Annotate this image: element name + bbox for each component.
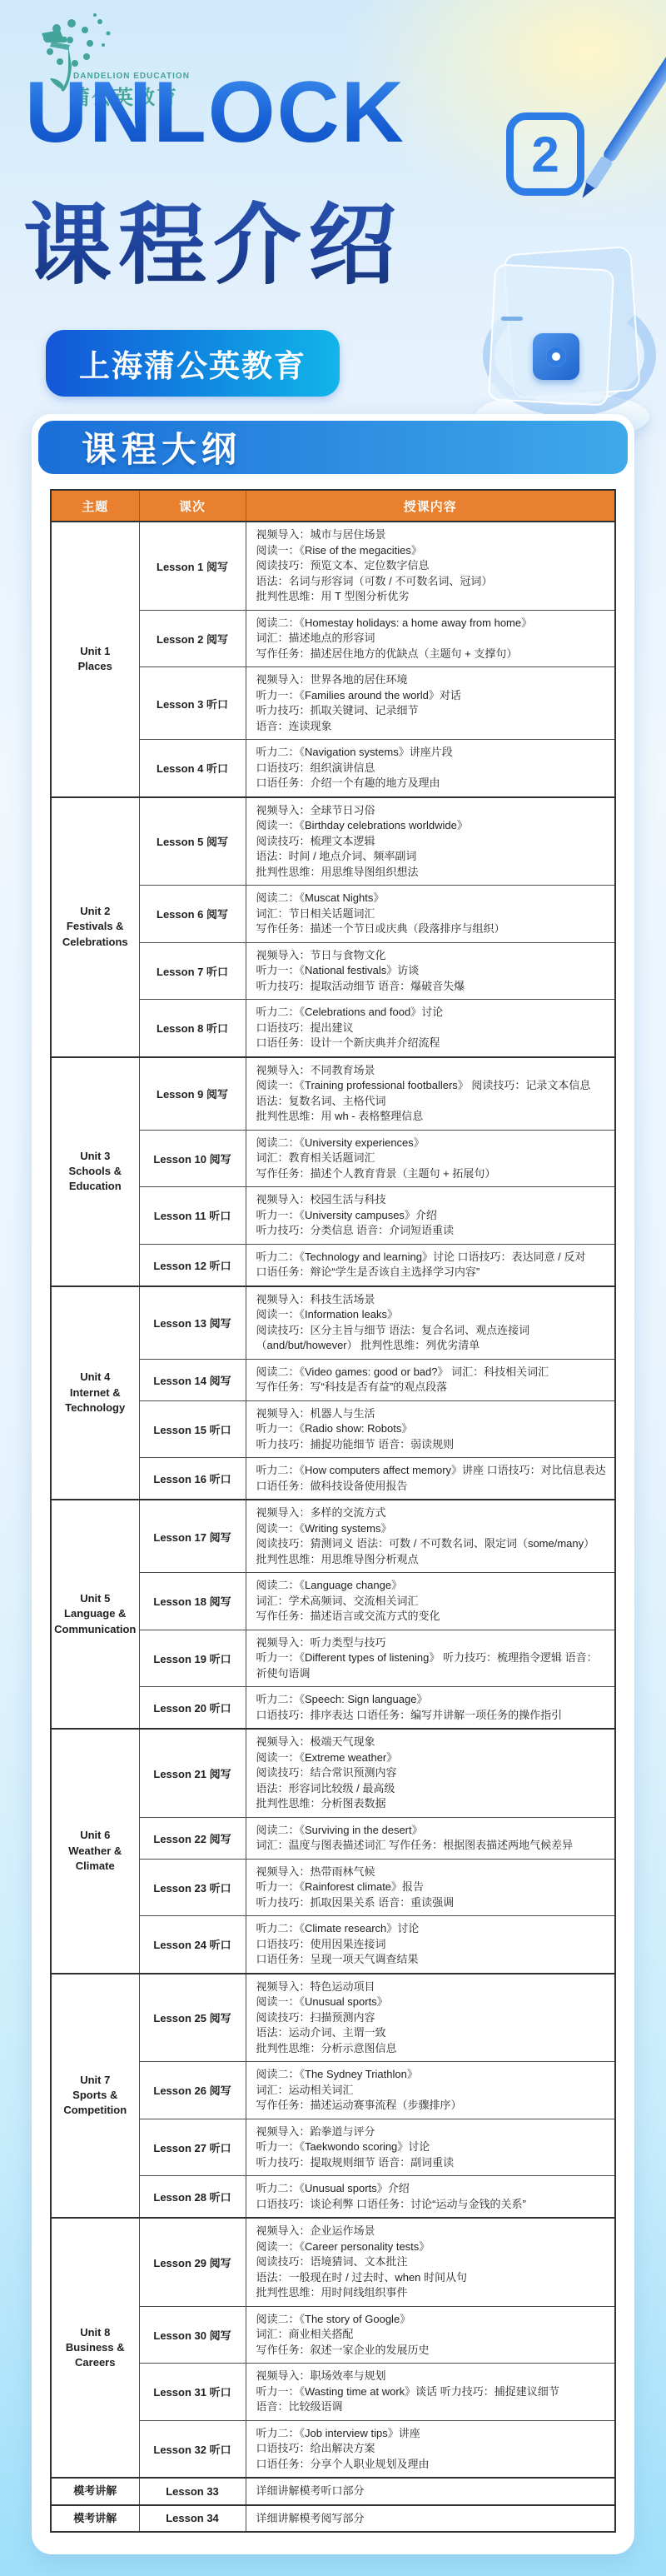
lesson-label-cell: Lesson 9 阅写 — [139, 1057, 246, 1131]
lesson-label-cell: Lesson 1 阅写 — [139, 522, 246, 610]
lesson-content-cell: 视频导入：不同教育场景阅读一：《Training professional fo… — [246, 1057, 615, 1131]
unit-cell: Unit 2Festivals & Celebrations — [51, 797, 139, 1057]
unit-cell: Unit 5Language & Communication — [51, 1500, 139, 1729]
lesson-label-cell: Lesson 23 听口 — [139, 1859, 246, 1916]
lesson-label-cell: Lesson 4 听口 — [139, 740, 246, 797]
lesson-label-cell: Lesson 15 听口 — [139, 1400, 246, 1458]
lesson-content-cell: 详细讲解模考听口部分 — [246, 2478, 615, 2505]
section-header-banner: 课程大纲 — [38, 421, 628, 474]
lesson-content-cell: 听力二：《Climate research》讨论口语技巧：使用因果连接词口语任务… — [246, 1916, 615, 1974]
lesson-label-cell: Lesson 26 阅写 — [139, 2062, 246, 2119]
lesson-content-cell: 阅读二：《University experiences》词汇：教育相关话题词汇写… — [246, 1130, 615, 1187]
lesson-content-cell: 阅读二：《Video games: good or bad?》 词汇：科技相关词… — [246, 1359, 615, 1400]
lesson-content-cell: 视频导入：跆拳道与评分听力一：《Taekwondo scoring》讨论听力技巧… — [246, 2119, 615, 2176]
lesson-label-cell: Lesson 8 听口 — [139, 1000, 246, 1057]
table-row: 模考讲解Lesson 34详细讲解模考阅写部分 — [51, 2505, 615, 2533]
column-header: 课次 — [139, 490, 246, 522]
lesson-content-cell: 听力二：《Navigation systems》讲座片段口语技巧：组织演讲信息口… — [246, 740, 615, 797]
lesson-label-cell: Lesson 29 阅写 — [139, 2218, 246, 2306]
lesson-content-cell: 视频导入：多样的交流方式阅读一：《Writing systems》阅读技巧：猜测… — [246, 1500, 615, 1573]
table-row: Unit 3Schools & EducationLesson 9 阅写视频导入… — [51, 1057, 615, 1131]
lesson-content-cell: 视频导入：节日与食物文化听力一：《National festivals》访谈听力… — [246, 942, 615, 1000]
table-row: Unit 5Language & CommunicationLesson 17 … — [51, 1500, 615, 1573]
lesson-label-cell: Lesson 30 阅写 — [139, 2306, 246, 2364]
lesson-content-cell: 听力二：《Job interview tips》讲座口语技巧：给出解决方案口语任… — [246, 2420, 615, 2478]
title-unlock: UNLOCK — [25, 65, 405, 160]
lesson-label-cell: Lesson 31 听口 — [139, 2364, 246, 2421]
table-row: 模考讲解Lesson 33详细讲解模考听口部分 — [51, 2478, 615, 2505]
lesson-label-cell: Lesson 22 阅写 — [139, 1817, 246, 1859]
lesson-label-cell: Lesson 27 听口 — [139, 2119, 246, 2176]
lesson-content-cell: 视频导入：听力类型与技巧听力一：《Different types of list… — [246, 1630, 615, 1687]
title-course-intro: 课程介绍 — [23, 193, 403, 299]
unit-cell: Unit 3Schools & Education — [51, 1057, 139, 1286]
lesson-content-cell: 视频导入：企业运作场景阅读一：《Career personality tests… — [246, 2218, 615, 2306]
lesson-content-cell: 视频导入：特色运动项目阅读一：《Unusual sports》阅读技巧：扫描预测… — [246, 1974, 615, 2062]
lesson-label-cell: Lesson 13 阅写 — [139, 1286, 246, 1360]
lesson-label-cell: Lesson 16 听口 — [139, 1458, 246, 1500]
lesson-content-cell: 阅读二：《The Sydney Triathlon》词汇：运动相关词汇写作任务：… — [246, 2062, 615, 2119]
unit-cell: Unit 4Internet & Technology — [51, 1286, 139, 1500]
lesson-content-cell: 阅读二：《Surviving in the desert》词汇：温度与图表描述词… — [246, 1817, 615, 1859]
lesson-content-cell: 详细讲解模考阅写部分 — [246, 2505, 615, 2533]
unit-cell: 模考讲解 — [51, 2478, 139, 2505]
hero-header: DANDELION EDUCATION 蒲公英教育 UNLOCK 2 课程介绍 … — [0, 0, 666, 414]
lesson-label-cell: Lesson 3 听口 — [139, 667, 246, 740]
lesson-content-cell: 听力二：《Technology and learning》讨论 口语技巧：表达同… — [246, 1244, 615, 1286]
unit-cell: Unit 8Business & Careers — [51, 2218, 139, 2478]
column-header: 主题 — [51, 490, 139, 522]
course-table: 主题课次授课内容 Unit 1PlacesLesson 1 阅写视频导入：城市与… — [50, 489, 616, 2533]
unit-cell: Unit 7Sports & Competition — [51, 1974, 139, 2219]
lesson-label-cell: Lesson 14 阅写 — [139, 1359, 246, 1400]
lesson-label-cell: Lesson 28 听口 — [139, 2176, 246, 2219]
lesson-content-cell: 听力二：《How computers affect memory》讲座 口语技巧… — [246, 1458, 615, 1500]
unit-cell: Unit 1Places — [51, 522, 139, 797]
lesson-label-cell: Lesson 17 阅写 — [139, 1500, 246, 1573]
lesson-label-cell: Lesson 2 阅写 — [139, 610, 246, 667]
lesson-label-cell: Lesson 19 听口 — [139, 1630, 246, 1687]
table-header-row: 主题课次授课内容 — [51, 490, 615, 522]
lesson-label-cell: Lesson 11 听口 — [139, 1187, 246, 1245]
lesson-content-cell: 阅读二：《Muscat Nights》词汇：节日相关话题词汇写作任务：描述一个节… — [246, 886, 615, 943]
section-title: 课程大纲 — [82, 422, 241, 472]
lesson-label-cell: Lesson 7 听口 — [139, 942, 246, 1000]
lesson-content-cell: 视频导入：热带雨林气候听力一：《Rainforest climate》报告听力技… — [246, 1859, 615, 1916]
lesson-label-cell: Lesson 12 听口 — [139, 1244, 246, 1286]
course-poster: DANDELION EDUCATION 蒲公英教育 UNLOCK 2 课程介绍 … — [0, 0, 666, 2576]
unit-cell: Unit 6Weather & Climate — [51, 1729, 139, 1974]
column-header: 授课内容 — [246, 490, 615, 522]
lesson-content-cell: 视频导入：机器人与生活听力一：《Radio show: Robots》听力技巧：… — [246, 1400, 615, 1458]
lesson-label-cell: Lesson 32 听口 — [139, 2420, 246, 2478]
lesson-label-cell: Lesson 24 听口 — [139, 1916, 246, 1974]
lesson-content-cell: 视频导入：校园生活与科技听力一：《University campuses》介绍听… — [246, 1187, 615, 1245]
lesson-content-cell: 阅读二：《Homestay holidays: a home away from… — [246, 610, 615, 667]
lesson-content-cell: 听力二：《Celebrations and food》讨论口语技巧：提出建议口语… — [246, 1000, 615, 1057]
lesson-content-cell: 视频导入：世界各地的居住环境听力一：《Families around the w… — [246, 667, 615, 740]
lesson-content-cell: 视频导入：全球节日习俗阅读一：《Birthday celebrations wo… — [246, 797, 615, 886]
table-row: Unit 6Weather & ClimateLesson 21 阅写视频导入：… — [51, 1729, 615, 1817]
lesson-content-cell: 视频导入：科技生活场景阅读一：《Information leaks》阅读技巧：区… — [246, 1286, 615, 1360]
glass-stack-illustration — [450, 242, 666, 442]
lesson-label-cell: Lesson 18 阅写 — [139, 1573, 246, 1630]
lesson-label-cell: Lesson 25 阅写 — [139, 1974, 246, 2062]
lesson-content-cell: 视频导入：极端天气现象阅读一：《Extreme weather》阅读技巧：结合常… — [246, 1729, 615, 1817]
table-row: Unit 2Festivals & CelebrationsLesson 5 阅… — [51, 797, 615, 886]
lesson-content-cell: 听力二：《Unusual sports》介绍口语技巧：谈论利弊 口语任务：讨论“… — [246, 2176, 615, 2219]
lesson-label-cell: Lesson 21 阅写 — [139, 1729, 246, 1817]
lesson-label-cell: Lesson 6 阅写 — [139, 886, 246, 943]
lesson-content-cell: 视频导入：职场效率与规划听力一：《Wasting time at work》谈话… — [246, 2364, 615, 2421]
table-row: Unit 4Internet & TechnologyLesson 13 阅写视… — [51, 1286, 615, 1360]
table-row: Unit 7Sports & CompetitionLesson 25 阅写视频… — [51, 1974, 615, 2062]
lesson-label-cell: Lesson 5 阅写 — [139, 797, 246, 886]
lesson-content-cell: 视频导入：城市与居住场景阅读一：《Rise of the megacities》… — [246, 522, 615, 610]
lesson-content-cell: 阅读二：《The story of Google》词汇：商业相关搭配写作任务：叙… — [246, 2306, 615, 2364]
lesson-label-cell: Lesson 34 — [139, 2505, 246, 2533]
table-row: Unit 1PlacesLesson 1 阅写视频导入：城市与居住场景阅读一：《… — [51, 522, 615, 610]
lesson-content-cell: 听力二：《Speech: Sign language》口语技巧：排序表达 口语任… — [246, 1687, 615, 1730]
lesson-label-cell: Lesson 20 听口 — [139, 1687, 246, 1730]
lesson-label-cell: Lesson 33 — [139, 2478, 246, 2505]
table-row: Unit 8Business & CareersLesson 29 阅写视频导入… — [51, 2218, 615, 2306]
lesson-label-cell: Lesson 10 阅写 — [139, 1130, 246, 1187]
lesson-content-cell: 阅读二：《Language change》词汇：学术高频词、交流相关词汇写作任务… — [246, 1573, 615, 1630]
unit-cell: 模考讲解 — [51, 2505, 139, 2533]
course-outline-card: 课程大纲 主题课次授课内容 Unit 1PlacesLesson 1 阅写视频导… — [32, 414, 634, 2554]
org-badge: 上海蒲公英教育 — [46, 330, 340, 397]
